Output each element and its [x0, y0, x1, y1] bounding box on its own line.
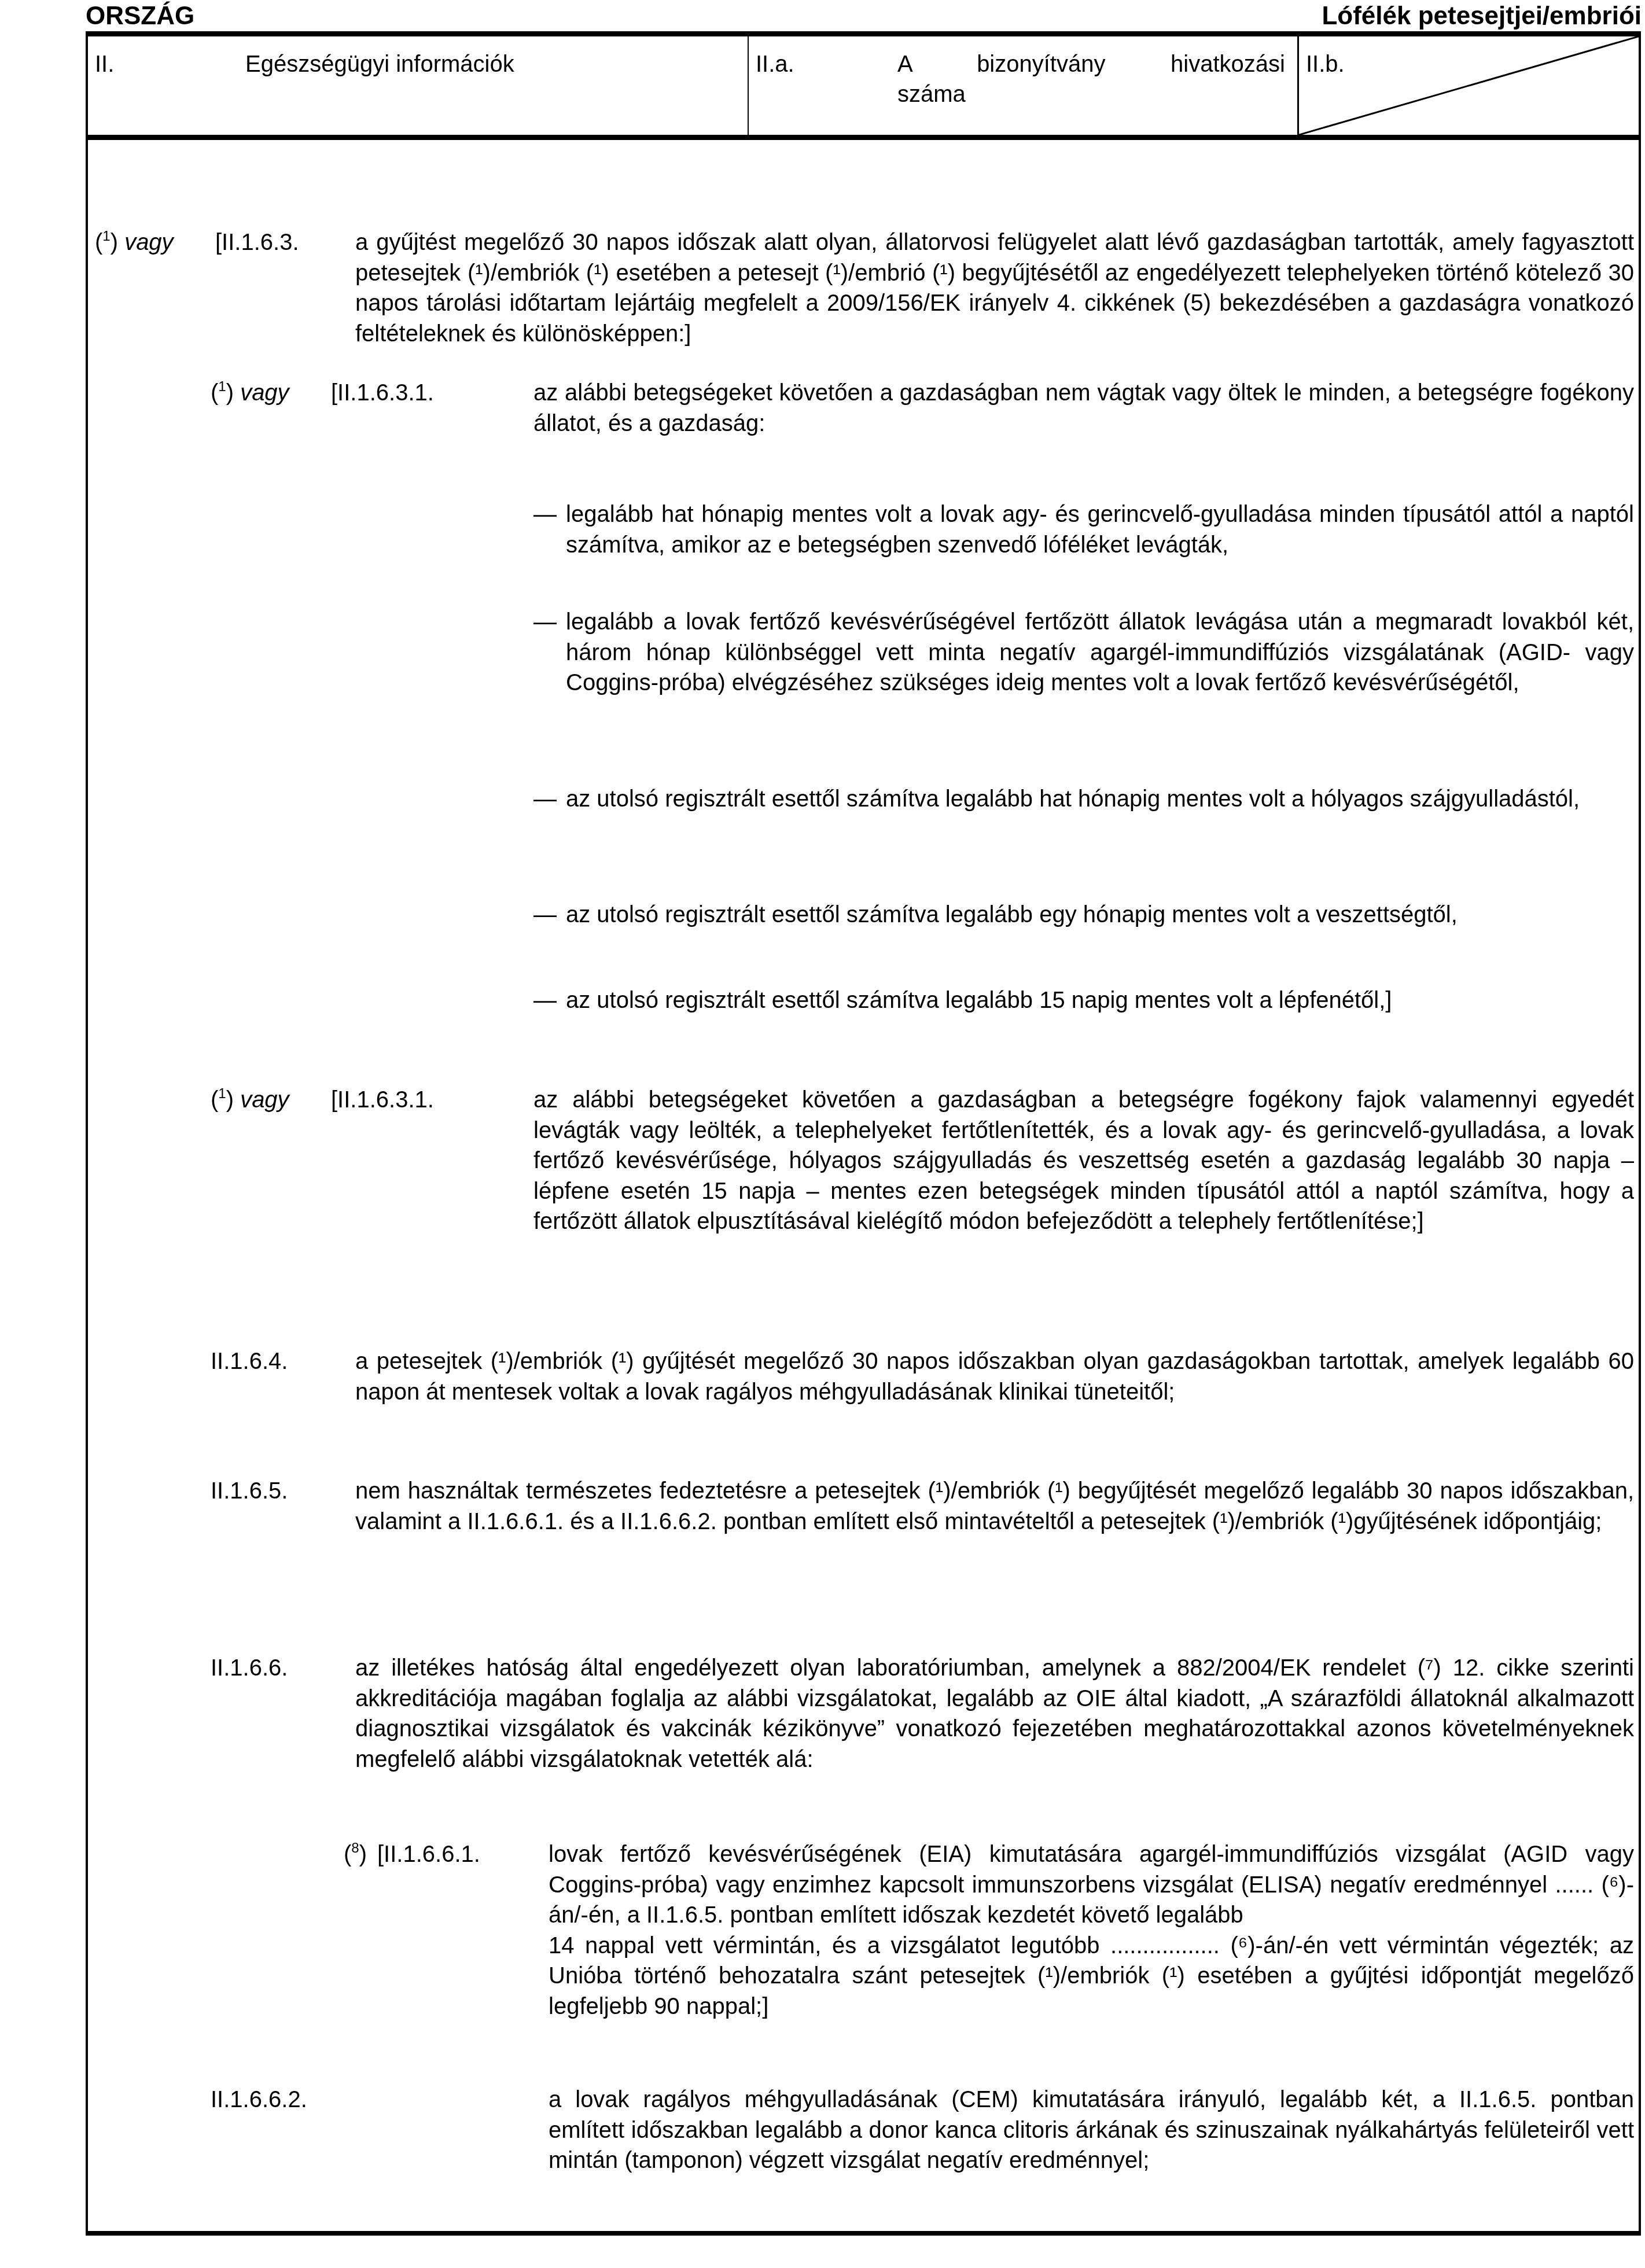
point-ref: II.1.6.4.: [211, 1346, 288, 1377]
paragraph-ii-1-6-6: az illetékes hatóság által engedélyezett…: [355, 1653, 1634, 1774]
diagonal-strike: [1299, 36, 1639, 135]
option-marker: (1) vagy: [95, 227, 174, 258]
section-title: Egészségügyi információk: [245, 49, 514, 79]
dash-item: az utolsó regisztrált esettől számítva l…: [566, 784, 1634, 815]
paragraph-ii-1-6-4: a petesejtek (¹)/embriók (¹) gyűjtését m…: [355, 1346, 1634, 1407]
point-ref: [II.1.6.3.: [215, 227, 299, 258]
point-ref: [II.1.6.3.1.: [331, 378, 434, 408]
option-marker: (1) vagy: [211, 378, 289, 408]
paragraph-ii-1-6-3-1-b: az alábbi betegségeket követően a gazdas…: [533, 1085, 1634, 1237]
header-cell-section: II. Egészségügyi információk: [88, 36, 749, 135]
dash-item: az utolsó regisztrált esettől számítva l…: [566, 985, 1634, 1016]
section-header: II. Egészségügyi információk II.a. A biz…: [88, 36, 1639, 140]
header-cell-reference: II.a. A bizonyítvány hivatkozási száma: [749, 36, 1299, 135]
dash-item: az utolsó regisztrált esettől számítva l…: [566, 900, 1634, 930]
dash-bullet: —: [533, 607, 557, 638]
dash-item: legalább a lovak fertőző kevésvérűségéve…: [566, 607, 1634, 698]
paragraph-part: lovak fertőző kevésvérűségének (EIA) kim…: [549, 1839, 1634, 1931]
point-ref: II.1.6.6.: [211, 1653, 288, 1684]
certificate-title: Lófélék petesejtjei/embriói: [1322, 1, 1642, 31]
certificate-sheet: II. Egészségügyi információk II.a. A biz…: [86, 31, 1641, 2236]
option-marker: (8): [344, 1839, 367, 1870]
dash-bullet: —: [533, 499, 557, 530]
option-marker: (1) vagy: [211, 1085, 289, 1115]
paragraph-ii-1-6-6-1: lovak fertőző kevésvérűségének (EIA) kim…: [549, 1839, 1634, 2022]
paragraph-ii-1-6-3-1-a: az alábbi betegségeket követően a gazdas…: [533, 378, 1634, 439]
dash-item: legalább hat hónapig mentes volt a lovak…: [566, 499, 1634, 560]
header-cell-iib: II.b.: [1299, 36, 1639, 135]
paragraph-part: 14 nappal vett vérmintán, és a vizsgálat…: [549, 1931, 1634, 2022]
dash-bullet: —: [533, 900, 557, 930]
paragraph-ii-1-6-6-2: a lovak ragályos méhgyulladásának (CEM) …: [549, 2085, 1634, 2176]
paragraph-ii-1-6-3: a gyűjtést megelőző 30 napos időszak ala…: [355, 227, 1634, 349]
paragraph-ii-1-6-5: nem használtak természetes fedeztetésre …: [355, 1476, 1634, 1537]
point-ref: [II.1.6.3.1.: [331, 1085, 434, 1115]
reference-number-label: II.a.: [756, 49, 794, 79]
point-ref: [II.1.6.6.1.: [377, 1839, 480, 1870]
dash-bullet: —: [533, 784, 557, 815]
section-number: II.: [95, 49, 114, 79]
point-ref: II.1.6.5.: [211, 1476, 288, 1507]
reference-field-label: A bizonyítvány hivatkozási száma: [897, 49, 1285, 109]
dash-bullet: —: [533, 985, 557, 1016]
point-ref: II.1.6.6.2.: [211, 2085, 307, 2115]
country-label: ORSZÁG: [86, 1, 194, 31]
